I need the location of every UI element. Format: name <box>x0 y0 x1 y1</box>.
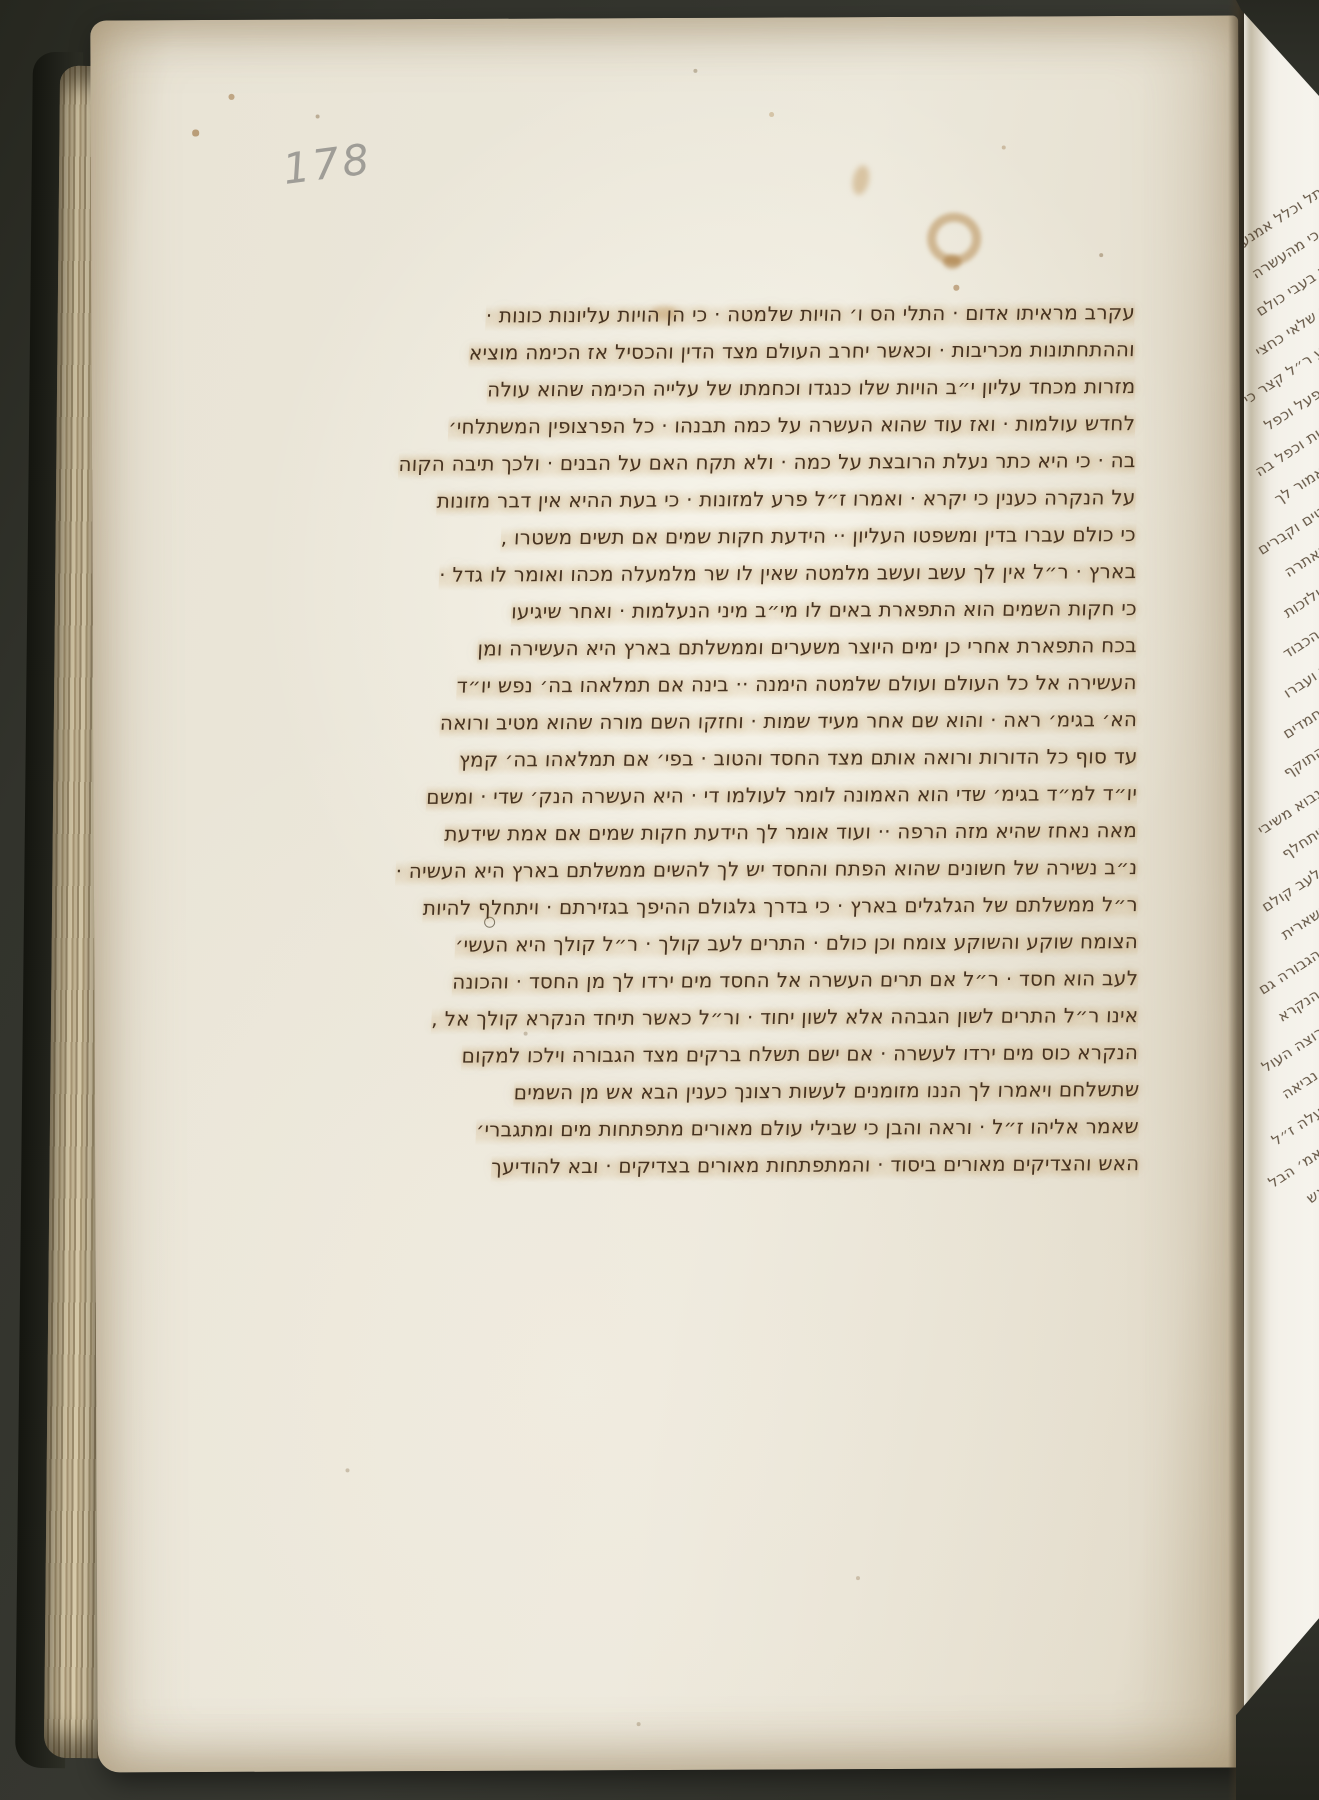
text-line: שאמר אליהו ז״ל · וראה והבן כי שבילי עולם… <box>475 1108 1140 1148</box>
text-line: מזרות מכחד עליון י״ב הויות שלו כנגדו וכח… <box>486 368 1136 408</box>
text-line: מאה נאחז שהיא מזה הרפה ·· ועוד אומר לך ה… <box>444 812 1138 853</box>
text-line: כי כולם עברו בדין ומשפטו העליון ·· הידעת… <box>500 516 1137 556</box>
fragment-line: כל נחמדים <box>1279 689 1319 742</box>
fragment-line: כל אש <box>1303 1169 1319 1207</box>
text-line: בה · כי היא כתר נעלת הרובצת על כמה · ולא… <box>398 442 1137 483</box>
text-line: לעב הוא חסד · ר״ל אם תרים העשרה אל החסד … <box>452 960 1140 1001</box>
text-line: כי חקות השמים הוא התפארת באים לו מי״ב מי… <box>510 590 1137 630</box>
text-line: העשירה אל כל העולם ועולם שלמטה הימנה ·· … <box>456 664 1138 705</box>
next-folio-text-fragments: ר וכתל וכלל אמנעדיים כי מהעשרהשפע בעבי כ… <box>1244 168 1319 1208</box>
text-line: שתשלחם ויאמרו לך הננו מזומנים לעשות רצונ… <box>513 1071 1140 1111</box>
text-line: יו״ד למ״ד בגימ׳ שדי הוא האמונה לומר לעול… <box>426 775 1139 816</box>
ink-smudge <box>850 164 872 197</box>
text-line: עקרב מראיתו אדום · התלי הס ו׳ הויות שלמט… <box>485 294 1136 334</box>
fragment-line: ולכן הכבוד <box>1280 609 1319 662</box>
text-line: הצומח שוקע והשוקע צומח וכן כולם · התרים … <box>454 923 1139 964</box>
text-line: בכח התפארת אחרי כן ימים היוצר משערים וממ… <box>476 627 1137 667</box>
text-line: הנקרא כוס מים ירדו לעשרה · אם ישם תשלח ב… <box>461 1034 1139 1075</box>
next-folio-fore-edge: ר וכתל וכלל אמנעדיים כי מהעשרהשפע בעבי כ… <box>1244 0 1319 1800</box>
text-line: לחדש עולמות · ואז עוד שהוא העשרה על כמה … <box>448 405 1137 446</box>
text-line: על הנקרה כענין כי יקרא · ואמרו ז״ל פרע ל… <box>436 479 1136 520</box>
text-line: בארץ · ר״ל אין לך עשב ועשב מלמטה שאין לו… <box>438 553 1137 594</box>
fragment-line: דות ולזכות <box>1281 569 1319 621</box>
text-line: אינו ר״ל התרים לשון הגבהה אלא לשון יחוד … <box>431 997 1140 1038</box>
text-line: עד סוף כל הדורות ורואה אותם מצד החסד והט… <box>458 738 1138 779</box>
text-line: ר״ל ממשלתם של הגלגלים בארץ · כי בדרך גלג… <box>422 886 1139 927</box>
text-line: הא׳ בגימ׳ ראה · והוא שם אחר מעיד שמות · … <box>439 701 1138 742</box>
ring-stain-blob <box>943 255 961 269</box>
photo-backdrop: 178 עקרב מראיתו אדום · התלי הס ו׳ הויות … <box>0 0 1319 1800</box>
text-line: וההתחתונות מכריבות · וכאשר יחרב העולם מצ… <box>468 331 1136 371</box>
text-line: האש והצדיקים מאורים ביסוד · והמתפתחות מא… <box>490 1145 1140 1185</box>
folio-number: 178 <box>280 134 375 194</box>
text-line: נ״ב נשירה של חשונים שהוא הפתח והחסד יש ל… <box>395 849 1138 890</box>
foxing-specks <box>90 21 92 23</box>
main-text-block: עקרב מראיתו אדום · התלי הס ו׳ הויות שלמט… <box>405 294 1140 1186</box>
